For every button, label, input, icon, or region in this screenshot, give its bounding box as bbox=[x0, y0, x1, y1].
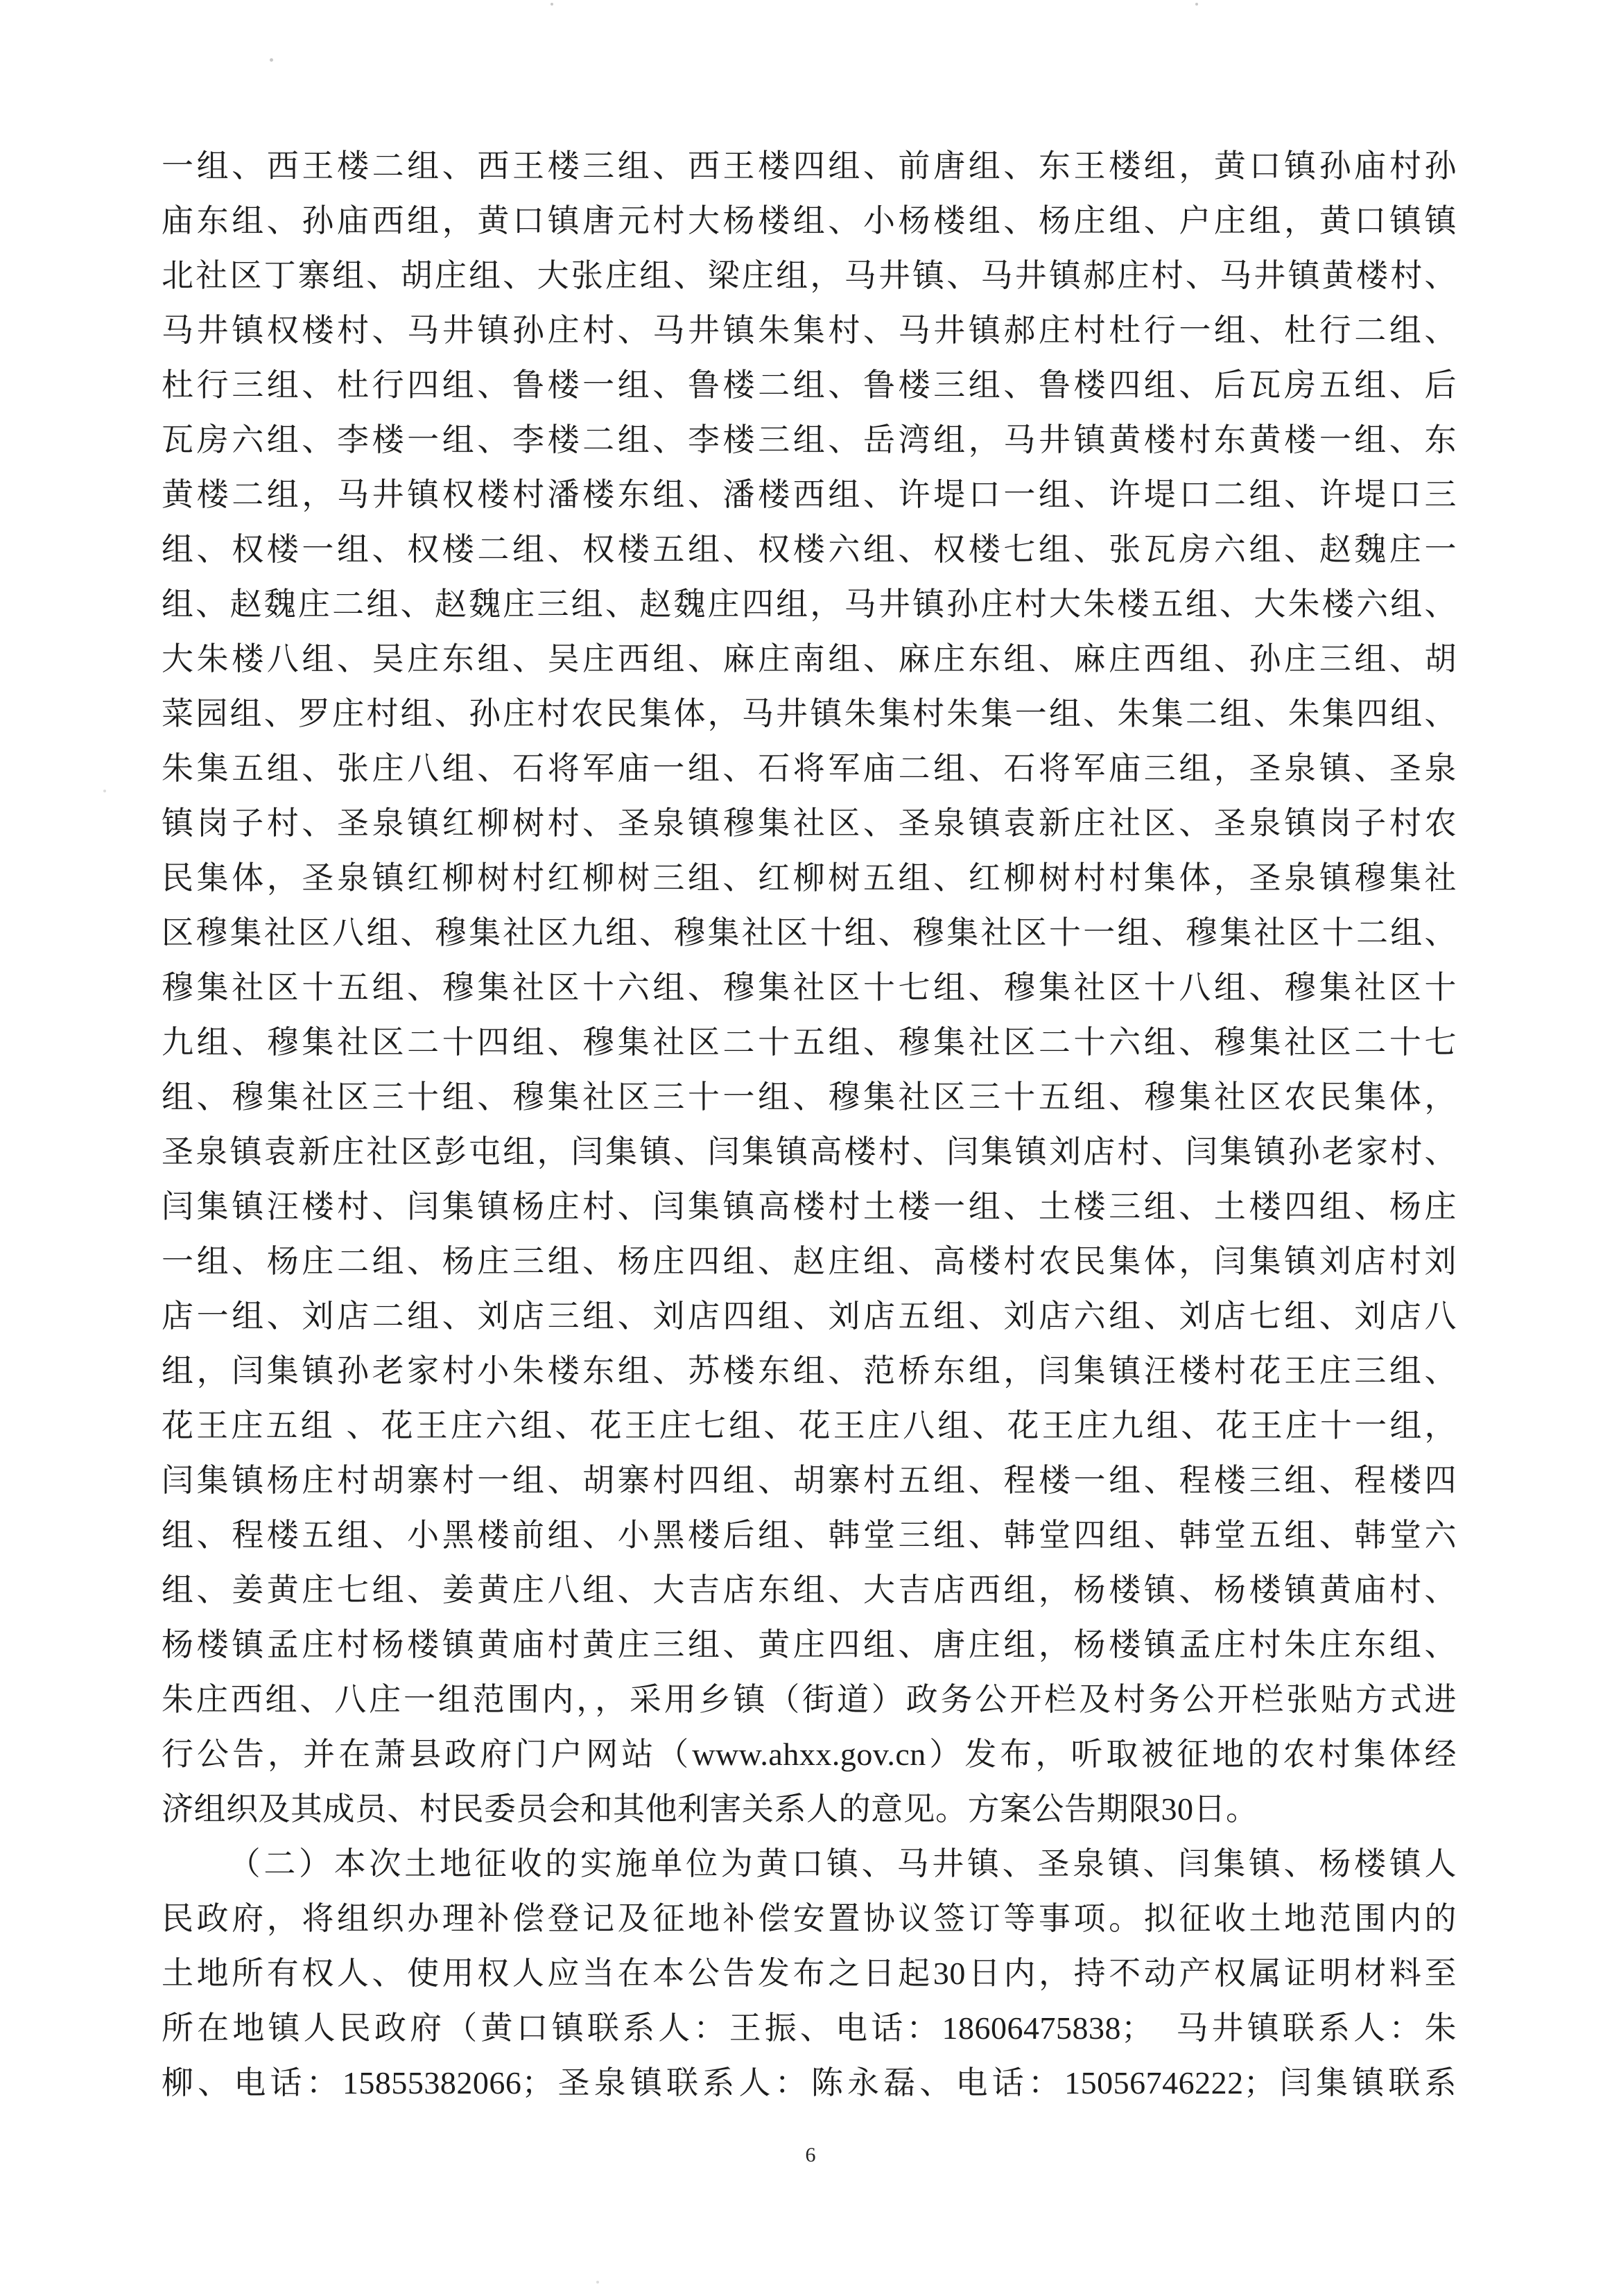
document-page: 一组、西王楼二组、西王楼三组、西王楼四组、前唐组、东王楼组，黄口镇孙庙村孙庙东组… bbox=[0, 0, 1621, 2296]
body-line: 店一组、刘店二组、刘店三组、刘店四组、刘店五组、刘店六组、刘店七组、刘店八 bbox=[162, 1289, 1457, 1343]
body-line: 民集体，圣泉镇红柳树村红柳树三组、红柳树五组、红柳树村村集体，圣泉镇穆集社 bbox=[162, 851, 1457, 905]
page-number: 6 bbox=[0, 2143, 1621, 2167]
body-line: 庙东组、孙庙西组，黄口镇唐元村大杨楼组、小杨楼组、杨庄组、户庄组，黄口镇镇 bbox=[162, 193, 1457, 248]
body-line: 菜园组、罗庄村组、孙庄村农民集体，马井镇朱集村朱集一组、朱集二组、朱集四组、 bbox=[162, 686, 1457, 741]
body-line: 花王庄五组 、花王庄六组、花王庄七组、花王庄八组、花王庄九组、花王庄十一组， bbox=[162, 1398, 1457, 1453]
body-line: （二）本次土地征收的实施单位为黄口镇、马井镇、圣泉镇、闫集镇、杨楼镇人 bbox=[162, 1836, 1457, 1891]
scan-artifact bbox=[551, 3, 553, 6]
scan-artifact bbox=[1195, 3, 1198, 6]
body-line: 瓦房六组、李楼一组、李楼二组、李楼三组、岳湾组，马井镇黄楼村东黄楼一组、东 bbox=[162, 412, 1457, 467]
body-line: 朱集五组、张庄八组、石将军庙一组、石将军庙二组、石将军庙三组，圣泉镇、圣泉 bbox=[162, 741, 1457, 796]
body-line: 穆集社区十五组、穆集社区十六组、穆集社区十七组、穆集社区十八组、穆集社区十 bbox=[162, 960, 1457, 1015]
body-line: 行公告，并在萧县政府门户网站（www.ahxx.gov.cn）发布，听取被征地的… bbox=[162, 1727, 1457, 1782]
body-line: 朱庄西组、八庄一组范围内，，采用乡镇（街道）政务公开栏及村务公开栏张贴方式进 bbox=[162, 1672, 1457, 1727]
scan-artifact bbox=[103, 790, 106, 792]
body-line: 组、权楼一组、权楼二组、权楼五组、权楼六组、权楼七组、张瓦房六组、赵魏庄一 bbox=[162, 522, 1457, 577]
body-line: 组，闫集镇孙老家村小朱楼东组、苏楼东组、范桥东组，闫集镇汪楼村花王庄三组、 bbox=[162, 1343, 1457, 1398]
body-line: 一组、杨庄二组、杨庄三组、杨庄四组、赵庄组、高楼村农民集体，闫集镇刘店村刘 bbox=[162, 1234, 1457, 1289]
document-body: 一组、西王楼二组、西王楼三组、西王楼四组、前唐组、东王楼组，黄口镇孙庙村孙庙东组… bbox=[162, 139, 1457, 2110]
body-line: 杜行三组、杜行四组、鲁楼一组、鲁楼二组、鲁楼三组、鲁楼四组、后瓦房五组、后 bbox=[162, 358, 1457, 412]
body-line: 济组织及其成员、村民委员会和其他利害关系人的意见。方案公告期限30日。 bbox=[162, 1782, 1457, 1836]
body-line: 大朱楼八组、吴庄东组、吴庄西组、麻庄南组、麻庄东组、麻庄西组、孙庄三组、胡 bbox=[162, 632, 1457, 686]
body-line: 土地所有权人、使用权人应当在本公告发布之日起30日内，持不动产权属证明材料至 bbox=[162, 1946, 1457, 2001]
body-line: 九组、穆集社区二十四组、穆集社区二十五组、穆集社区二十六组、穆集社区二十七 bbox=[162, 1015, 1457, 1070]
body-line: 柳、电话：15855382066；圣泉镇联系人：陈永磊、电话：150567462… bbox=[162, 2055, 1457, 2110]
body-line: 闫集镇杨庄村胡寨村一组、胡寨村四组、胡寨村五组、程楼一组、程楼三组、程楼四 bbox=[162, 1453, 1457, 1508]
body-line: 镇岗子村、圣泉镇红柳树村、圣泉镇穆集社区、圣泉镇袁新庄社区、圣泉镇岗子村农 bbox=[162, 796, 1457, 851]
body-line: 所在地镇人民政府（黄口镇联系人：王振、电话：18606475838； 马井镇联系… bbox=[162, 2001, 1457, 2055]
body-line: 民政府，将组织办理补偿登记及征地补偿安置协议签订等事项。拟征收土地范围内的 bbox=[162, 1891, 1457, 1946]
body-line: 黄楼二组，马井镇权楼村潘楼东组、潘楼西组、许堤口一组、许堤口二组、许堤口三 bbox=[162, 467, 1457, 522]
scan-artifact bbox=[270, 58, 273, 62]
body-line: 组、赵魏庄二组、赵魏庄三组、赵魏庄四组，马井镇孙庄村大朱楼五组、大朱楼六组、 bbox=[162, 577, 1457, 632]
body-line: 圣泉镇袁新庄社区彭屯组，闫集镇、闫集镇高楼村、闫集镇刘店村、闫集镇孙老家村、 bbox=[162, 1124, 1457, 1179]
body-line: 区穆集社区八组、穆集社区九组、穆集社区十组、穆集社区十一组、穆集社区十二组、 bbox=[162, 905, 1457, 960]
body-line: 闫集镇汪楼村、闫集镇杨庄村、闫集镇高楼村土楼一组、土楼三组、土楼四组、杨庄 bbox=[162, 1179, 1457, 1234]
scan-artifact bbox=[596, 2281, 599, 2284]
body-line: 杨楼镇孟庄村杨楼镇黄庙村黄庄三组、黄庄四组、唐庄组，杨楼镇孟庄村朱庄东组、 bbox=[162, 1617, 1457, 1672]
body-line: 组、程楼五组、小黑楼前组、小黑楼后组、韩堂三组、韩堂四组、韩堂五组、韩堂六 bbox=[162, 1508, 1457, 1563]
body-line: 组、穆集社区三十组、穆集社区三十一组、穆集社区三十五组、穆集社区农民集体， bbox=[162, 1070, 1457, 1124]
body-line: 北社区丁寨组、胡庄组、大张庄组、梁庄组，马井镇、马井镇郝庄村、马井镇黄楼村、 bbox=[162, 248, 1457, 303]
body-line: 组、姜黄庄七组、姜黄庄八组、大吉店东组、大吉店西组，杨楼镇、杨楼镇黄庙村、 bbox=[162, 1563, 1457, 1617]
body-line: 马井镇权楼村、马井镇孙庄村、马井镇朱集村、马井镇郝庄村杜行一组、杜行二组、 bbox=[162, 303, 1457, 358]
body-line: 一组、西王楼二组、西王楼三组、西王楼四组、前唐组、东王楼组，黄口镇孙庙村孙 bbox=[162, 139, 1457, 193]
